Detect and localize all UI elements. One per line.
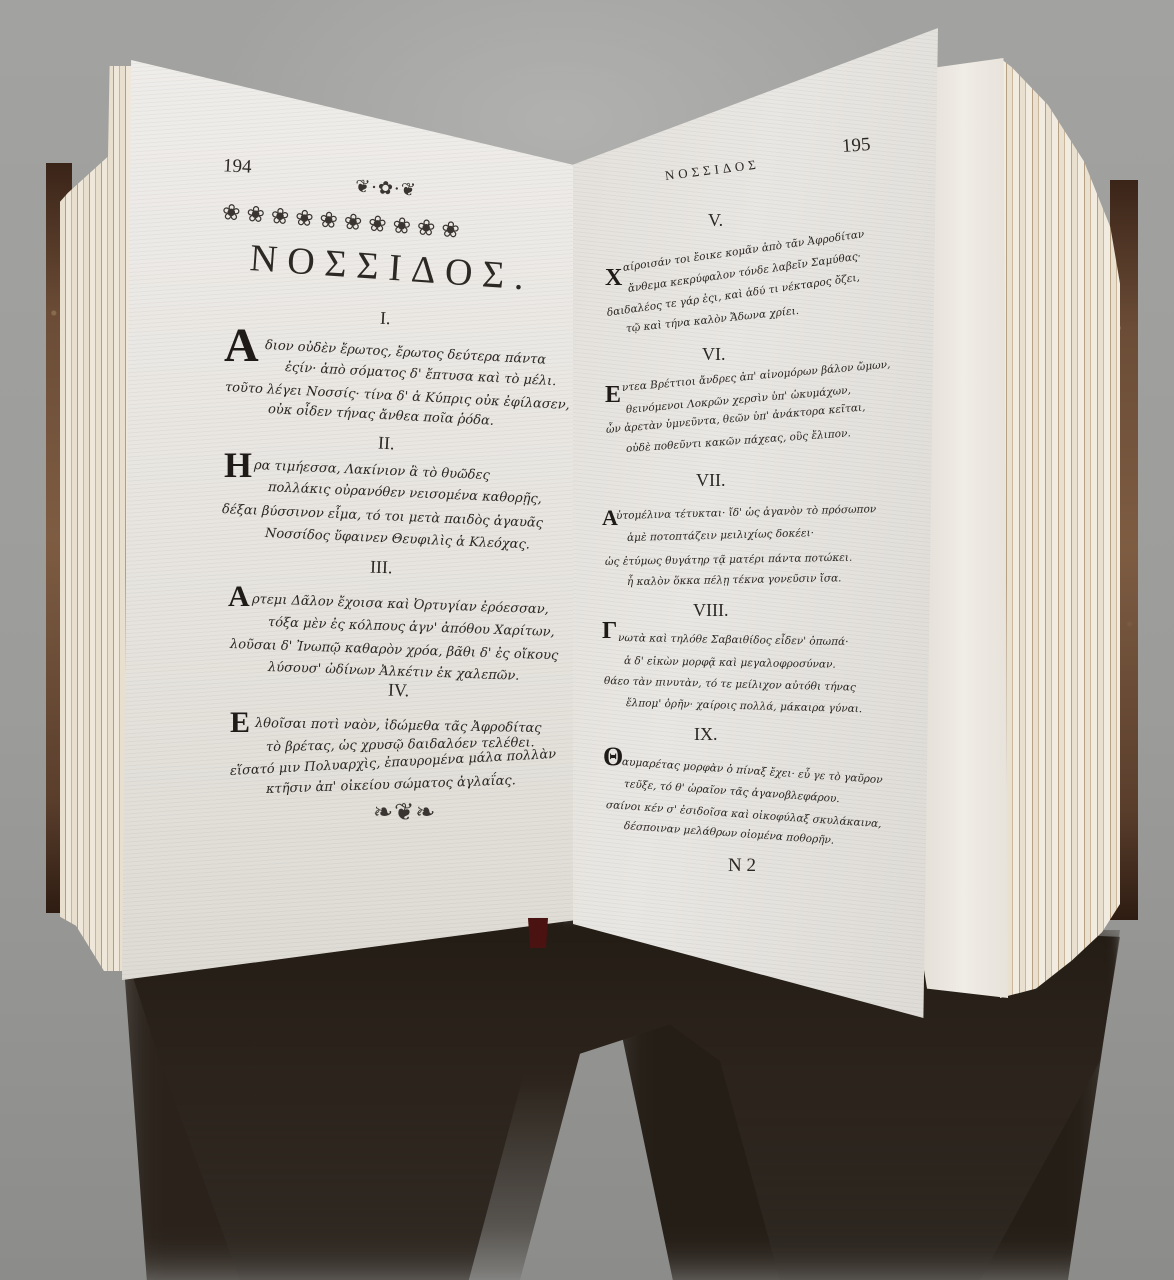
page-number-right: 195 (841, 134, 871, 158)
dropcap: Α (228, 580, 250, 614)
poem-numeral: IV. (388, 680, 410, 702)
poem-numeral: VII. (696, 470, 726, 491)
poem-numeral: VI. (702, 344, 726, 365)
tailpiece-ornament-icon: ❧❦❧ (373, 800, 436, 824)
dropcap: Α (224, 318, 259, 373)
headpiece-ornament-icon: ❦·✿·❦ (354, 176, 417, 201)
poem-numeral: IX. (694, 724, 718, 745)
dropcap: Γ (602, 618, 617, 645)
dropcap: Η (224, 444, 252, 486)
page-number-left: 194 (222, 155, 252, 178)
dropcap: Θ (603, 742, 623, 772)
dropcap: Ε (605, 382, 621, 409)
poem-numeral: I. (379, 308, 391, 330)
poem-numeral: V. (708, 210, 723, 231)
signature-mark: N 2 (728, 855, 756, 877)
dropcap: Χ (605, 265, 622, 292)
dropcap: Ε (230, 706, 250, 740)
poem-numeral: VIII. (693, 600, 728, 621)
poem-numeral: III. (370, 557, 393, 579)
poem-numeral: II. (377, 433, 395, 455)
ribbon-bookmark (528, 918, 548, 948)
